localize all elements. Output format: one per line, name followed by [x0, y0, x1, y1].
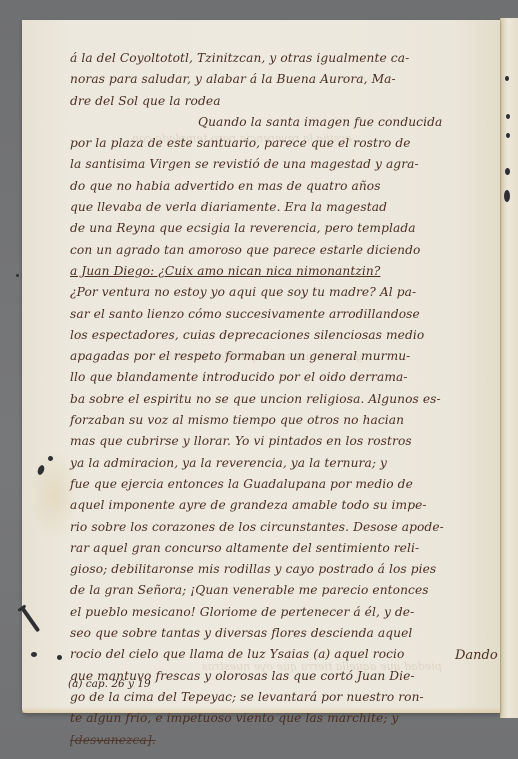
- text-line: dre del Sol que la rodea: [70, 91, 490, 112]
- text-line: apagadas por el respeto formaban un gene…: [70, 346, 490, 367]
- text-line: la santisima Virgen se revistió de una m…: [70, 154, 490, 175]
- binding-hole-mark: [504, 190, 510, 202]
- text-line: rar aquel gran concurso altamente del se…: [70, 538, 490, 559]
- text-line: por la plaza de este santuario, parece q…: [70, 133, 490, 154]
- ink-blot: [16, 274, 19, 277]
- text-line: á la del Coyoltototl, Tzinitzcan, y otra…: [70, 48, 490, 69]
- text-line: seo que sobre tantas y diversas flores d…: [70, 623, 490, 644]
- book-spine-edge: [500, 18, 518, 718]
- text-line: los espectadores, cuias deprecaciones si…: [70, 325, 490, 346]
- text-line: te algun frio, e impetuoso viento que la…: [70, 708, 490, 729]
- manuscript-body: á la del Coyoltototl, Tzinitzcan, y otra…: [70, 48, 490, 751]
- text-line: forzaban su voz al mismo tiempo que otro…: [70, 410, 490, 431]
- ink-blot: [48, 456, 53, 461]
- ink-blot: [31, 652, 37, 657]
- text-line: aquel imponente ayre de grandeza amable …: [70, 495, 490, 516]
- text-line-nahuatl-quote: a Juan Diego: ¿Cuix amo nican nica nimon…: [70, 261, 490, 282]
- text-line: noras para saludar, y alabar á la Buena …: [70, 69, 490, 90]
- text-line: llo que blandamente introducido por el o…: [70, 367, 490, 388]
- binding-hole-mark: [505, 168, 510, 175]
- text-line: el pueblo mesicano! Gloriome de pertenec…: [70, 602, 490, 623]
- text-line: que llevaba de verla diariamente. Era la…: [70, 197, 490, 218]
- text-line: rocio del cielo que llama de luz Ysaias …: [70, 644, 490, 665]
- text-line: go de la cima del Tepeyac; se levantará …: [70, 687, 490, 708]
- text-line: do que no habia advertido en mas de quat…: [70, 176, 490, 197]
- text-line-spanish-quote: ¿Por ventura no estoy yo aqui que soy tu…: [70, 282, 490, 303]
- footnote: (a) cap. 26 y 19: [68, 678, 151, 690]
- text-line-struck: [desvanezca].: [70, 730, 490, 751]
- catchword: Dando: [455, 648, 498, 663]
- text-line-paragraph-start: Quando la santa imagen fue conducida: [70, 112, 490, 133]
- text-line: gioso; debilitaronse mis rodillas y cayo…: [70, 559, 490, 580]
- text-line: de la gran Señora; ¡Quan venerable me pa…: [70, 580, 490, 601]
- binding-hole-mark: [505, 76, 509, 81]
- text-line: de una Reyna que ecsigia la reverencia, …: [70, 218, 490, 239]
- binding-hole-mark: [506, 133, 510, 138]
- manuscript-scan: ecsijia la reverencia pero templada con …: [0, 0, 518, 759]
- ink-blot: [57, 655, 62, 660]
- text-line: ba sobre el espiritu no se que uncion re…: [70, 389, 490, 410]
- text-line: ya la admiracion, ya la reverencia, ya l…: [70, 453, 490, 474]
- text-line: sar el santo lienzo cómo succesivamente …: [70, 304, 490, 325]
- text-line: fue que ejercia entonces la Guadalupana …: [70, 474, 490, 495]
- text-line: con un agrado tan amoroso que parece est…: [70, 240, 490, 261]
- text-line: mas que cubrirse y llorar. Yo vi pintado…: [70, 431, 490, 452]
- binding-hole-mark: [506, 114, 510, 119]
- text-line: rio sobre los corazones de los circunsta…: [70, 517, 490, 538]
